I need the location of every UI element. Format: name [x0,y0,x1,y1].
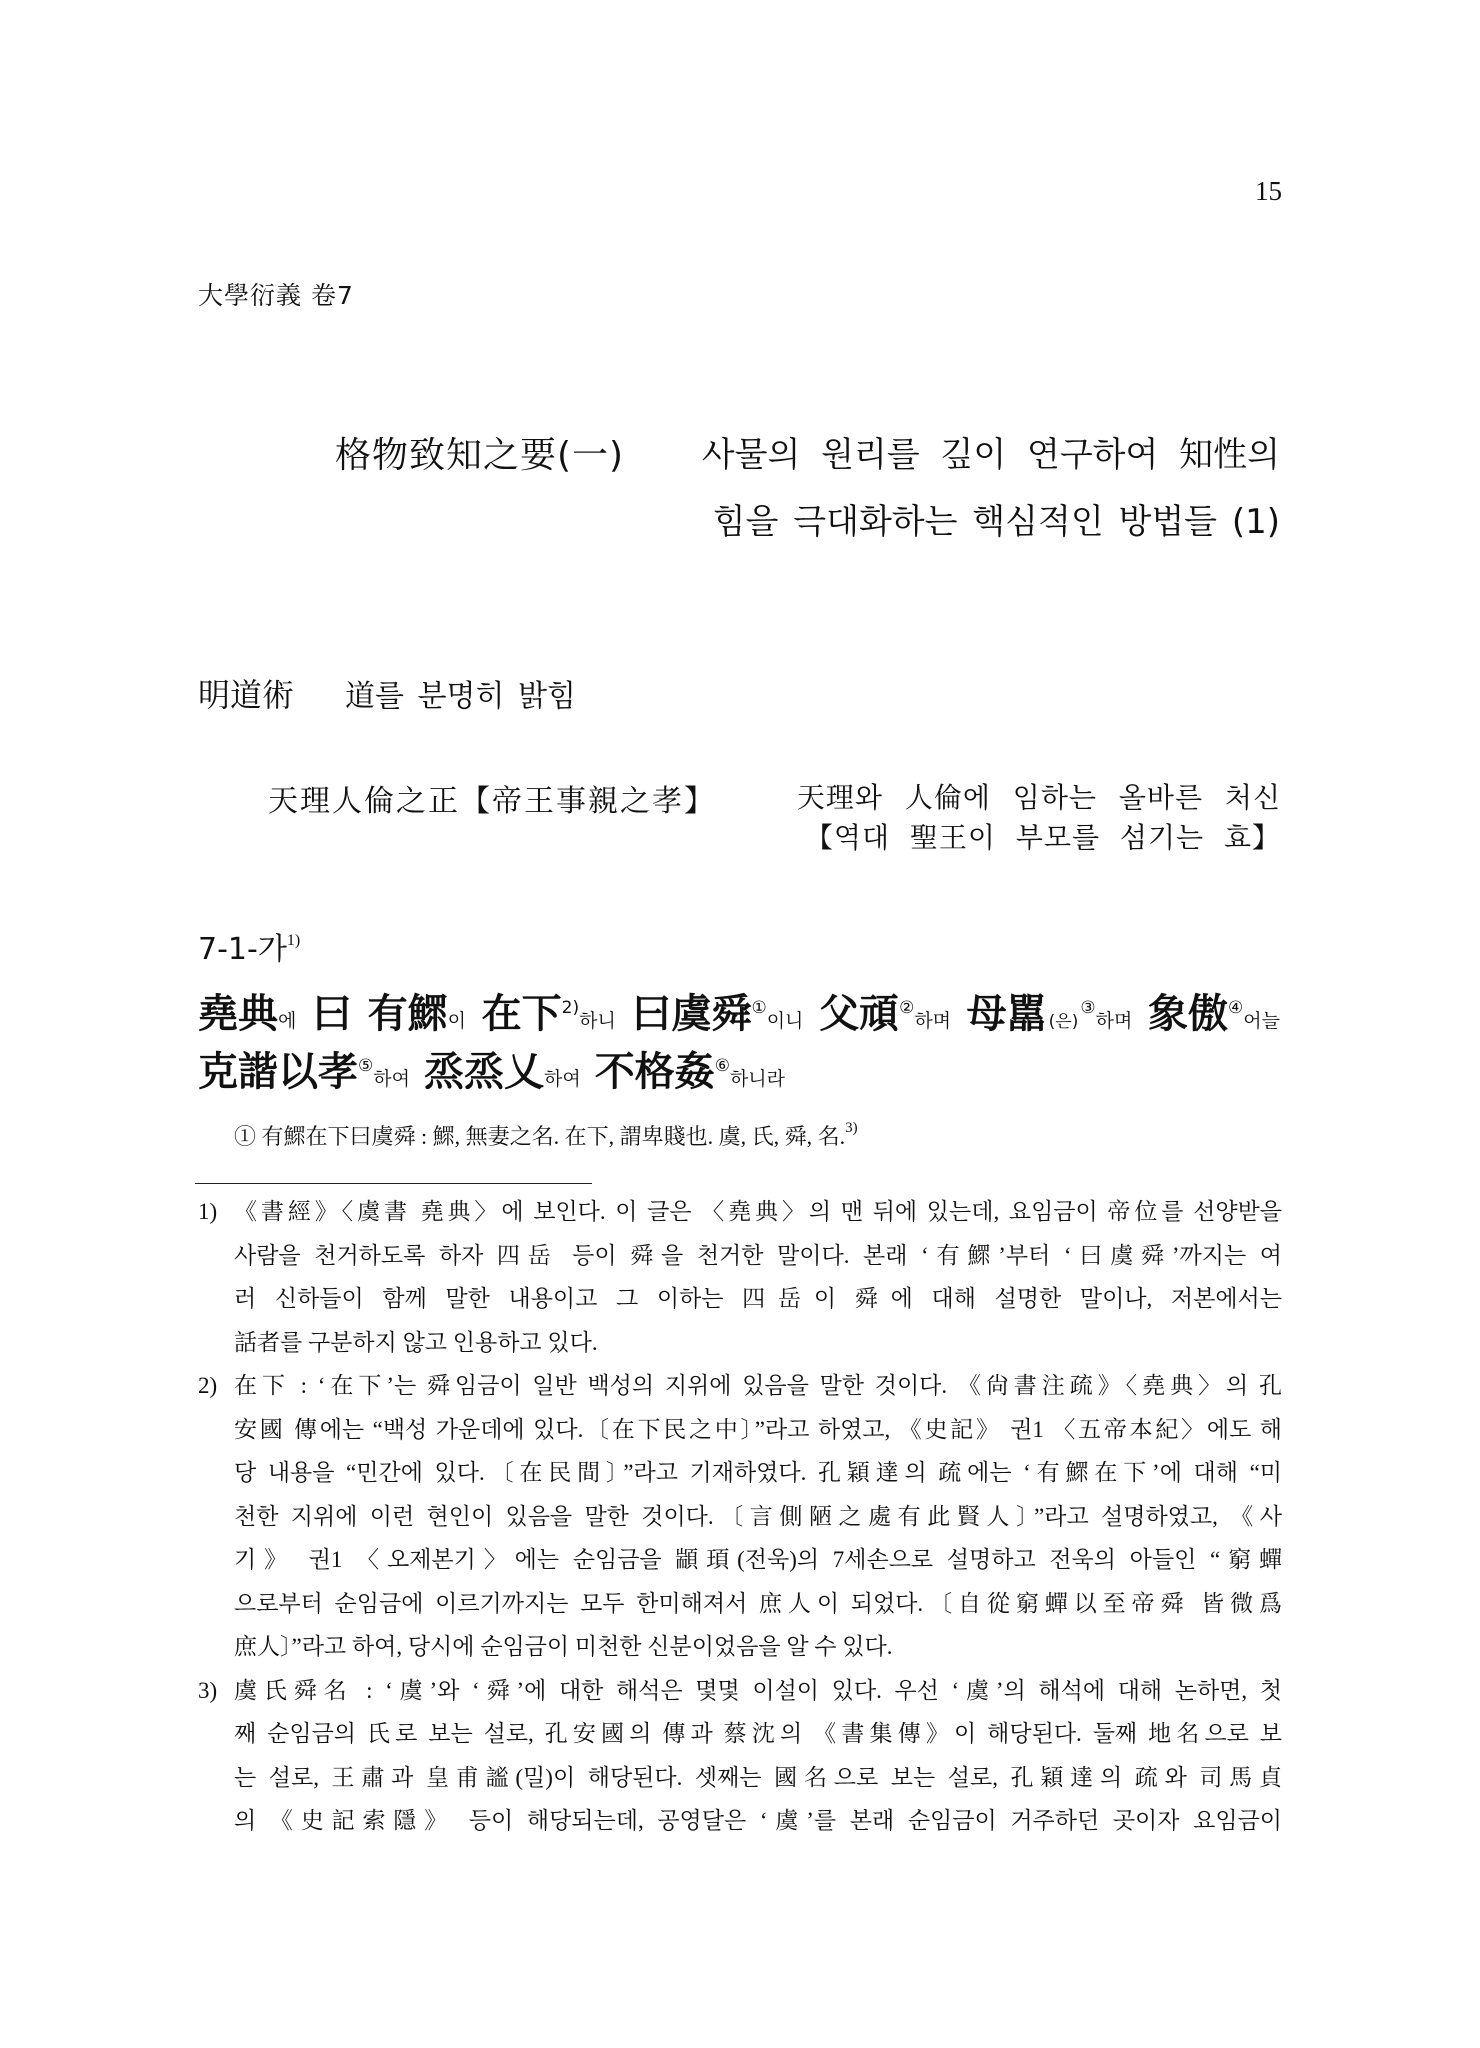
footnote-number: 2) [198,1364,217,1408]
reading-gloss: (은) [1049,1007,1079,1032]
hanja-text: 曰 [312,982,352,1039]
footnote-3: 3) 虞氏舜名 : ‘虞’와 ‘舜’에 대한 해석은 몇몇 이설이 있다. 우선… [198,1669,1282,1843]
section-title-korean: 道를 분명히 밝힘 [345,671,576,715]
footnote-1: 1) 《書經》〈虞書 堯典〉에 보인다. 이 글은 〈堯典〉의 맨 뒤에 있는데… [198,1190,1282,1364]
footnote-line: 는 설로, 王肅과 皇甫謐(밀)이 해당된다. 셋째는 國名으로 보는 설로, … [234,1756,1282,1800]
chapter-title-korean-line-2: 힘을 극대화하는 핵심적인 방법들 (1) [713,494,1280,543]
subsection-title-hanja: 天理人倫之正【帝王事親之孝】 [268,776,716,820]
footnote-line: 기》 권1 〈오제본기〉에는 순임금을 顓頊(전욱)의 7세손으로 설명하고 전… [234,1538,1282,1582]
footnote-ref[interactable]: 3) [845,1120,858,1136]
footnote-number: 3) [198,1669,217,1713]
footnote-line: 사람을 천거하도록 하자 四岳 등이 舜을 천거한 말이다. 본래 ‘有鰥’부터… [234,1234,1282,1278]
hanja-text: 不格姦 [595,1040,715,1097]
hanja-text: 有鰥 [368,982,448,1039]
gugyeol-text: 하며 [914,1006,951,1033]
passage-segment: 父頑②하며 [819,982,951,1039]
section-title-hanja: 明道術 [198,670,294,716]
footnote-line: 虞氏舜名 : ‘虞’와 ‘舜’에 대한 해석은 몇몇 이설이 있다. 우선 ‘虞… [234,1669,1282,1713]
passage-segment: 象傲④어늘 [1148,982,1280,1039]
gugyeol-text: 하여 [373,1064,410,1091]
hanja-text: 堯典 [198,982,278,1039]
footnote-line: 安國 傳에는 “백성 가운데에 있다.〔在下民之中〕”라고 하였고, 《史記》 … [234,1408,1282,1452]
passage-segment: 堯典에 [198,982,296,1039]
gugyeol-text: 이니 [767,1006,804,1033]
gugyeol-text: 하며 [1096,1006,1133,1033]
footnote-line: 천한 지위에 이런 현인이 있음을 말한 것이다.〔言側陋之處有此賢人〕”라고 … [234,1495,1282,1539]
gloss-text: ① 有鰥在下曰虞舜 : 鰥, 無妻之名. 在下, 謂卑賤也. 虞, 氏, 舜, … [234,1124,845,1149]
page-number: 15 [1255,176,1282,207]
footnote-line: 째 순임금의 氏로 보는 설로, 孔安國의 傳과 蔡沈의 《書集傳》이 해당된다… [234,1712,1282,1756]
footnote-line: 話者를 구분하지 않고 인용하고 있다. [234,1321,1282,1365]
footnote-ref[interactable]: 2) [562,998,579,1018]
hanja-text: 父頑 [819,982,899,1039]
footnote-line: 《書經》〈虞書 堯典〉에 보인다. 이 글은 〈堯典〉의 맨 뒤에 있는데, 요… [234,1190,1282,1234]
annotation-marker: ⑤ [358,1056,373,1076]
hanja-text: 象傲 [1148,982,1228,1039]
passage-segment: 克諧以孝⑤하여 [198,1040,410,1097]
hanja-text: 曰虞舜 [631,982,751,1039]
chapter-title-hanja: 格物致知之要(一) [335,427,624,478]
passage-segment: 母嚚(은)③하며 [967,982,1133,1039]
footnote-line: 庶人〕”라고 하여, 당시에 순임금이 미천한 신분이었음을 알 수 있다. [234,1625,1282,1669]
gugyeol-text: 하니 [579,1006,616,1033]
footnote-ref[interactable]: 1) [287,932,300,949]
footnote-line: 당 내용을 “민간에 있다.〔在民間〕”라고 기재하였다. 孔穎達의 疏에는 ‘… [234,1451,1282,1495]
passage-text-line-2: 克諧以孝⑤하여 烝烝乂하여 不格姦⑥하니라 [198,1040,1280,1097]
hanja-text: 克諧以孝 [198,1040,358,1097]
passage-segment: 曰虞舜①이니 [631,982,803,1039]
annotation-marker: ③ [1080,998,1095,1018]
subsection-title-korean-line-1: 天理와 人倫에 임하는 올바른 처신 [797,776,1281,816]
passage-text-line-1: 堯典에 曰 有鰥이 在下2)하니 曰虞舜①이니 父頑②하며 母嚚(은)③하며 象… [198,982,1280,1039]
hanja-text: 母嚚 [967,982,1047,1039]
annotation-gloss: ① 有鰥在下曰虞舜 : 鰥, 無妻之名. 在下, 謂卑賤也. 虞, 氏, 舜, … [234,1120,858,1151]
annotation-marker: ④ [1228,998,1243,1018]
footnote-number: 1) [198,1190,217,1234]
annotation-marker: ② [899,998,914,1018]
passage-segment: 不格姦⑥하니라 [595,1040,785,1097]
footnotes: 1) 《書經》〈虞書 堯典〉에 보인다. 이 글은 〈堯典〉의 맨 뒤에 있는데… [198,1190,1282,1843]
passage-segment: 在下2)하니 [482,982,616,1039]
footnote-line: 의 《史記索隱》 등이 해당되는데, 공영달은 ‘虞’를 본래 순임금이 거주하… [234,1799,1282,1843]
passage-segment: 曰 [312,982,352,1039]
chapter-title-korean-line-1: 사물의 원리를 깊이 연구하여 知性의 [702,427,1280,476]
running-header: 大學衍義 卷7 [198,276,354,312]
gugyeol-text: 에 [278,1006,296,1033]
subsection-title-korean-line-2: 【역대 聖王이 부모를 섬기는 효】 [805,816,1281,856]
footnote-separator [195,1183,592,1184]
annotation-marker: ⑥ [715,1056,730,1076]
gugyeol-text: 이 [448,1006,466,1033]
footnote-line: 으로부터 순임금에 이르기까지는 모두 한미해져서 庶人이 되었다.〔自從窮蟬以… [234,1582,1282,1626]
gugyeol-text: 어늘 [1243,1006,1280,1033]
passage-segment: 有鰥이 [368,982,466,1039]
passage-id-label: 7-1-가 [198,932,287,967]
hanja-text: 烝烝乂 [424,1040,544,1097]
passage-segment: 烝烝乂하여 [424,1040,581,1097]
passage-id: 7-1-가1) [198,924,300,968]
footnote-2: 2) 在下 : ‘在下’는 舜임금이 일반 백성의 지위에 있음을 말한 것이다… [198,1364,1282,1669]
gugyeol-text: 하니라 [730,1064,785,1091]
hanja-text: 在下 [482,982,562,1039]
gugyeol-text: 하여 [544,1064,581,1091]
annotation-marker: ① [751,998,766,1018]
footnote-line: 在下 : ‘在下’는 舜임금이 일반 백성의 지위에 있음을 말한 것이다. 《… [234,1364,1282,1408]
footnote-line: 러 신하들이 함께 말한 내용이고 그 이하는 四岳이 舜에 대해 설명한 말이… [234,1277,1282,1321]
